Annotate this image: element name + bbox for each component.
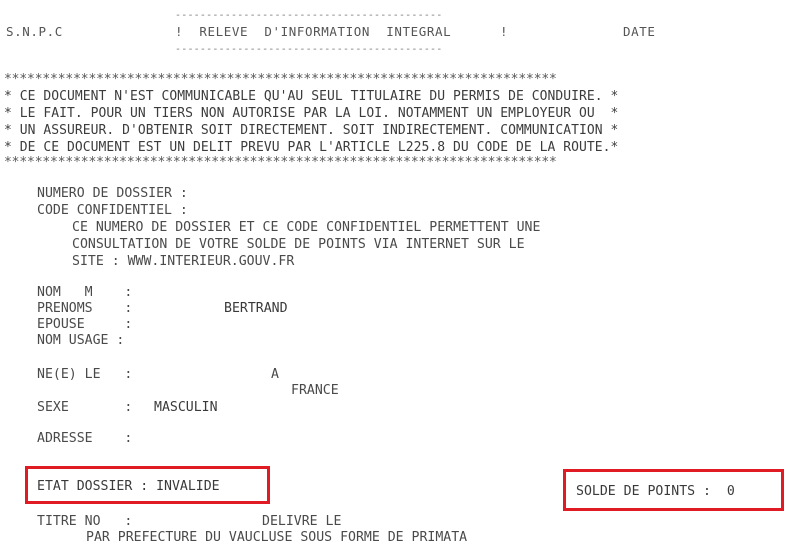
delivre-le-label: DELIVRE LE: [262, 514, 341, 530]
title-top-border: ----------------------------------------…: [175, 8, 442, 24]
warning-border-top: ****************************************…: [4, 72, 557, 88]
prenoms-label: PRENOMS :: [37, 301, 132, 317]
warning-line-4: * DE CE DOCUMENT EST UN DELIT PREVU PAR …: [4, 140, 618, 156]
etat-dossier-text: ETAT DOSSIER : INVALIDE: [37, 479, 220, 494]
code-confidentiel-label: CODE CONFIDENTIEL :: [37, 203, 188, 219]
warning-line-2: * LE FAIT. POUR UN TIERS NON AUTORISE PA…: [4, 106, 618, 122]
prefecture-line: PAR PREFECTURE DU VAUCLUSE SOUS FORME DE…: [86, 530, 467, 546]
warning-line-3: * UN ASSUREUR. D'OBTENIR SOIT DIRECTEMEN…: [4, 123, 618, 139]
dossier-info-line-2: CONSULTATION DE VOTRE SOLDE DE POINTS VI…: [72, 237, 525, 253]
sexe-label: SEXE :: [37, 400, 132, 416]
warning-line-1: * CE DOCUMENT N'EST COMMUNICABLE QU'AU S…: [4, 89, 618, 105]
naissance-a: A: [271, 367, 279, 383]
epouse-label: EPOUSE :: [37, 317, 132, 333]
nom-label: NOM M :: [37, 285, 132, 301]
sexe-value: MASCULIN: [154, 400, 218, 416]
numero-dossier-label: NUMERO DE DOSSIER :: [37, 186, 188, 202]
dossier-info-line-3: SITE : WWW.INTERIEUR.GOUV.FR: [72, 254, 294, 270]
naissance-pays: FRANCE: [291, 383, 339, 399]
naissance-label: NE(E) LE :: [37, 367, 132, 383]
etat-dossier-highlight: ETAT DOSSIER : INVALIDE: [25, 466, 270, 504]
title-bottom-border: ----------------------------------------…: [175, 42, 442, 58]
org-name: S.N.P.C: [6, 24, 63, 40]
warning-border-bottom: ****************************************…: [4, 155, 557, 171]
adresse-label: ADRESSE :: [37, 431, 132, 447]
solde-points-text: SOLDE DE POINTS : 0: [576, 484, 735, 499]
titre-no-label: TITRE NO :: [37, 514, 132, 530]
nom-usage-label: NOM USAGE :: [37, 333, 124, 349]
solde-points-highlight: SOLDE DE POINTS : 0: [563, 469, 784, 511]
date-label: DATE: [623, 24, 656, 40]
prenoms-value: BERTRAND: [224, 301, 288, 317]
releve-document: S.N.P.C --------------------------------…: [0, 0, 800, 555]
document-title: ! RELEVE D'INFORMATION INTEGRAL !: [175, 24, 508, 40]
dossier-info-line-1: CE NUMERO DE DOSSIER ET CE CODE CONFIDEN…: [72, 220, 540, 236]
